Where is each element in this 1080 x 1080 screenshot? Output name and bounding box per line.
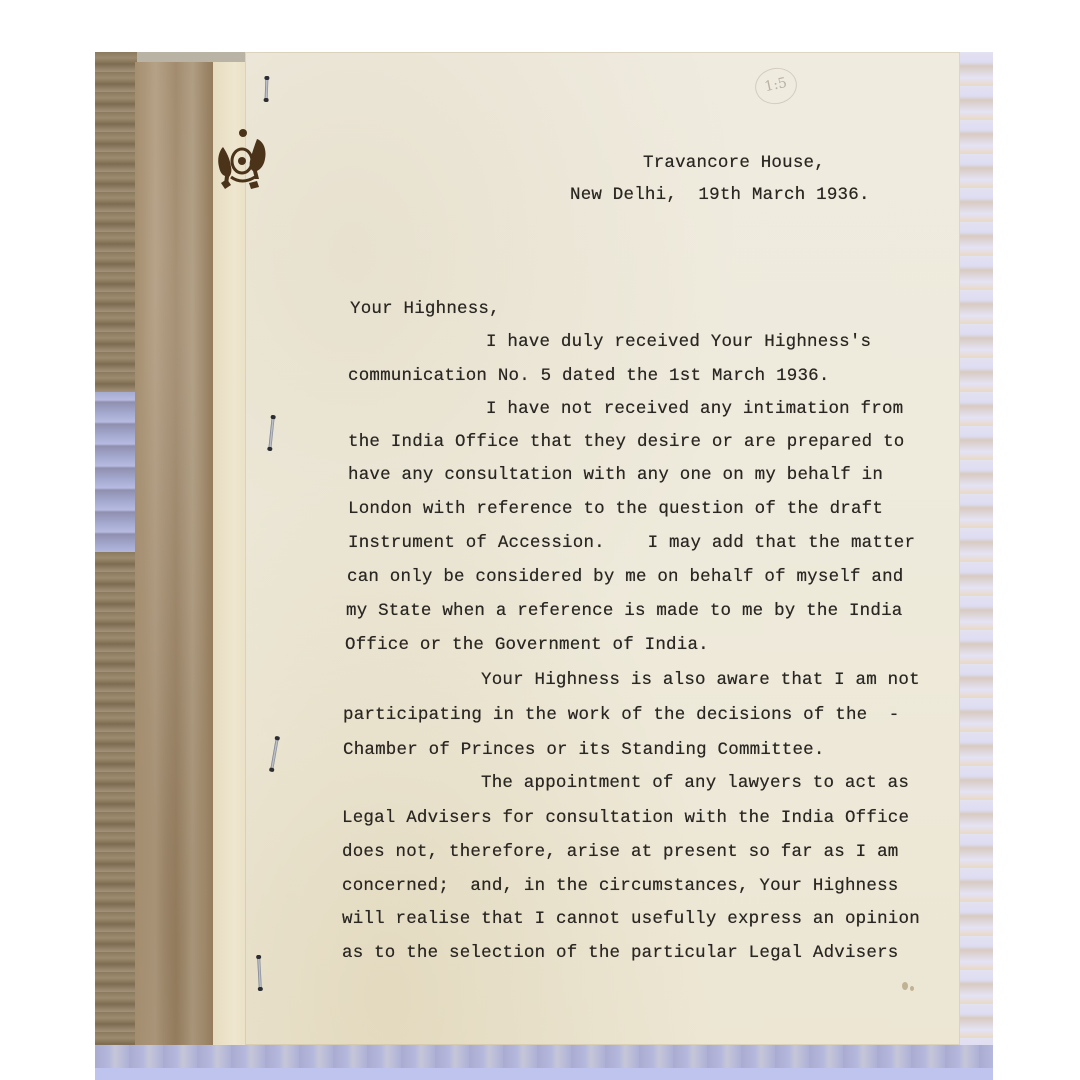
body-line: Office or the Government of India. [345,635,709,655]
body-line: Legal Advisers for consultation with the… [342,808,909,828]
scan-artifact-left [95,52,137,1080]
body-line: The appointment of any lawyers to act as [481,773,909,793]
body-line: Instrument of Accession. I may add that … [348,533,915,553]
body-line: Chamber of Princes or its Standing Commi… [343,740,825,760]
scan-artifact-bottom [95,1045,993,1080]
foxing-stain [910,986,914,991]
body-line: does not, therefore, arise at present so… [342,842,899,862]
foxing-stain [902,982,908,990]
letter-salutation: Your Highness, [350,299,500,319]
body-line: communication No. 5 dated the 1st March … [348,366,830,386]
body-line: Your Highness is also aware that I am no… [481,670,920,690]
letter-date: New Delhi, 19th March 1936. [570,185,870,205]
body-line: I have not received any intimation from [486,399,903,419]
letter-address: Travancore House, [643,153,825,173]
body-line: I have duly received Your Highness's [486,332,871,352]
body-line: participating in the work of the decisio… [343,705,900,725]
body-line: the India Office that they desire or are… [348,432,905,452]
binding-strip [135,62,217,1062]
body-line: my State when a reference is made to me … [346,601,903,621]
coat-of-arms-icon [213,125,275,191]
body-line: can only be considered by me on behalf o… [347,567,904,587]
scan-artifact-right [960,52,993,1047]
body-line: concerned; and, in the circumstances, Yo… [342,876,899,896]
body-line: will realise that I cannot usefully expr… [342,909,920,929]
body-line: have any consultation with any one on my… [348,465,883,485]
staple-icon [265,76,269,102]
body-line: London with reference to the question of… [348,499,883,519]
scan-artifact-band [95,392,137,552]
body-line: as to the selection of the particular Le… [342,943,899,963]
